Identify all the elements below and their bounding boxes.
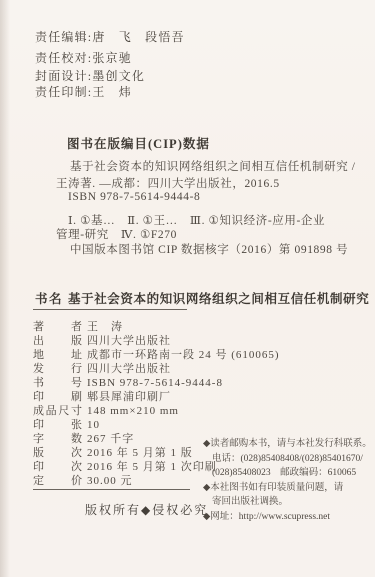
book-title-label: 书名 — [35, 289, 63, 307]
detail-label: 地 址 — [33, 348, 83, 362]
detail-label: 印 张 — [33, 418, 83, 432]
detail-row-isbn: 书 号ISBN 978-7-5614-9444-8 — [33, 376, 280, 390]
book-title-value: 基于社会资本的知识网络组织之间相互信任机制研究 — [68, 289, 369, 307]
detail-label: 定 价 — [33, 474, 83, 488]
title-underline — [33, 309, 187, 310]
detail-value: 郫县犀浦印刷厂 — [87, 390, 171, 404]
cip-heading: 图书在版编目(CIP)数据 — [67, 134, 210, 152]
detail-label: 版 次 — [33, 446, 83, 460]
notice-phone: 电话：(028)85408408/(028)85401670/ — [203, 452, 373, 467]
detail-row-trim-size: 成品尺寸148 mm×210 mm — [33, 404, 280, 418]
detail-row-distributor: 发 行四川大学出版社 — [33, 362, 280, 376]
detail-value: 10 — [87, 418, 100, 432]
detail-label: 发 行 — [33, 362, 83, 376]
staff-line-editor: 责任编辑:唐 飞 段悟吾 — [35, 31, 185, 43]
notice-quality: ◆本社图书如有印装质量问题，请 — [203, 481, 373, 496]
notice-postal-code: (028)85408023 邮政编码：610065 — [203, 466, 373, 481]
detail-row-sheets: 印 张10 — [33, 418, 280, 432]
cip-publisher-line: 王涛著. —成都：四川大学出版社，2016.5 — [56, 175, 280, 191]
notice-mail-order: ◆读者邮购本书，请与本社发行科联系。 — [203, 437, 373, 452]
detail-label: 书 号 — [33, 376, 83, 390]
notice-website-url: ◆网址：http://www.scupress.net — [203, 510, 373, 525]
page-edge-shadow — [0, 0, 10, 577]
reader-notices: ◆读者邮购本书，请与本社发行科联系。 电话：(028)85408408/(028… — [203, 437, 373, 525]
detail-value: 148 mm×210 mm — [87, 404, 179, 418]
copyright-separator-line — [33, 489, 190, 490]
staff-line-proofreader: 责任校对:张京驰 — [35, 52, 132, 64]
staff-line-print-supervisor: 责任印制:王 炜 — [35, 86, 132, 98]
copyright-notice: 版权所有◆侵权必究 — [85, 501, 208, 518]
detail-value: ISBN 978-7-5614-9444-8 — [87, 376, 223, 390]
cip-title-line: 基于社会资本的知识网络组织之间相互信任机制研究 / — [70, 158, 356, 174]
detail-label: 成品尺寸 — [33, 404, 83, 418]
detail-label: 著 者 — [33, 320, 83, 334]
cip-record-number: 中国版本图书馆 CIP 数据核字（2016）第 091898 号 — [70, 241, 348, 257]
notice-return: 寄回出版社调换。 — [203, 495, 373, 510]
detail-row-printer: 印 刷郫县犀浦印刷厂 — [33, 390, 280, 404]
detail-row-publisher: 出 版四川大学出版社 — [33, 334, 280, 348]
detail-value: 2016 年 5 月第 1 版 — [87, 446, 193, 460]
detail-value: 30.00 元 — [87, 474, 133, 488]
cip-isbn-line: ISBN 978-7-5614-9444-8 — [68, 191, 200, 203]
detail-value: 267 千字 — [87, 432, 134, 446]
detail-value: 成都市一环路南一段 24 号 (610065) — [87, 348, 280, 362]
detail-label: 字 数 — [33, 432, 83, 446]
detail-row-author: 著 者王 涛 — [33, 320, 280, 334]
detail-value: 四川大学出版社 — [87, 334, 171, 348]
detail-label: 印 刷 — [33, 390, 83, 404]
detail-value: 王 涛 — [87, 320, 123, 334]
detail-label: 出 版 — [33, 334, 83, 348]
detail-row-address: 地 址成都市一环路南一段 24 号 (610065) — [33, 348, 280, 362]
colophon-page: 责任编辑:唐 飞 段悟吾 责任校对:张京驰 封面设计:墨创文化 责任印制:王 炜… — [0, 0, 375, 577]
detail-value: 四川大学出版社 — [87, 362, 171, 376]
staff-line-cover-design: 封面设计:墨创文化 — [35, 70, 145, 82]
detail-value: 2016 年 5 月第 1 次印刷 — [87, 460, 217, 474]
detail-label: 印 次 — [33, 460, 83, 474]
cip-classification-line-2: 管理-研究 Ⅳ. ①F270 — [56, 226, 177, 242]
